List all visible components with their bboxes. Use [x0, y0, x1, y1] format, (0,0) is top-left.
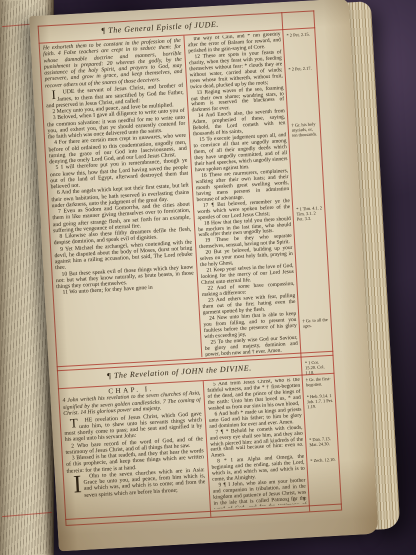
signature-mark: 10 I: [278, 496, 316, 504]
revelation-left-verses: THE revelation of Jesus Christ, which Go…: [64, 411, 206, 500]
margin-note: * Heb. 9.14. 1 Joh. 1.7. 1 Pet. 1.19.: [307, 394, 334, 410]
verse: 12 These are spots in your feasts of cha…: [189, 50, 284, 91]
margin-note: * 1 Tim. 4.1. 2 Tim. 3.1. 2 Pet. 3.3.: [296, 206, 323, 222]
margin-note: * 1 Cor. 15.20. Col. 1.18.: [305, 360, 332, 376]
margin-note: * Dan. 7.13. Mat. 24.30.: [309, 437, 336, 448]
revelation-right-column: 5 And from Jesus Christ, who is the fait…: [207, 378, 307, 509]
jude-right-column: the way of Cain, and * ran greedily afte…: [188, 32, 299, 357]
right-page: ¶ The General Epistle of JUDE. He exhort…: [29, 0, 378, 551]
red-rule-notes-right: [313, 10, 342, 509]
jude-argument: He exhorteth them to be constant in the …: [43, 38, 183, 89]
margin-note: * Zech. 12.10.: [310, 458, 336, 464]
margin-note: * 2 Pet. 2.15.: [286, 32, 312, 38]
velvet-background: ¶ The General Epistle of JUDE. He exhort…: [0, 0, 416, 555]
revelation-left-column: CHAP. I. 4 John writeth his revelation t…: [62, 383, 207, 517]
margin-note: † Gr. the first-begotten.: [306, 377, 333, 388]
book: ¶ The General Epistle of JUDE. He exhort…: [29, 0, 411, 555]
jude-left-column: He exhorteth them to be constant in the …: [43, 38, 199, 365]
verse: 9 ¶ I John, who also am your brother and…: [212, 479, 306, 509]
margin-note: * 2 Pet. 2.17.: [288, 66, 314, 72]
jude-left-verses: IUDE the servant of Jesus Christ, and br…: [45, 83, 194, 297]
margin-note: † Gr. to all the ages.: [302, 318, 329, 329]
margin-note: † Gr. his holy myriads, or, ten thousand…: [292, 122, 319, 138]
